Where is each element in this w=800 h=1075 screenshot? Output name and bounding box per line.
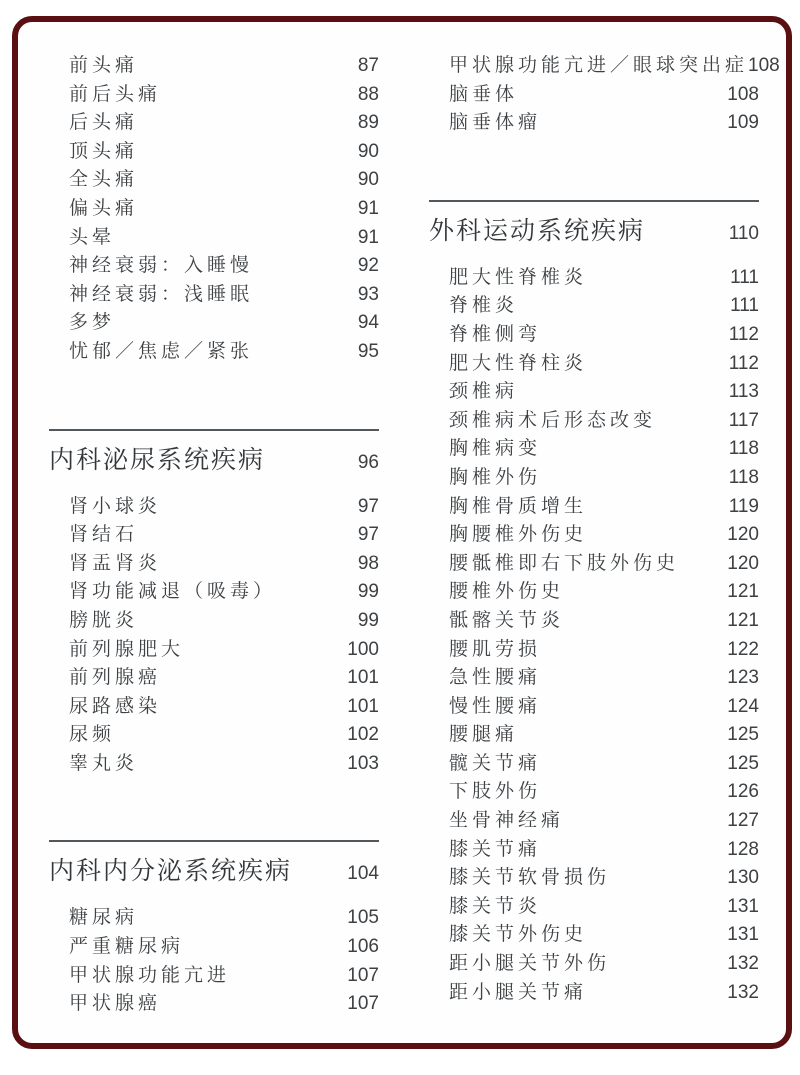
toc-entry: 严重糖尿病106 xyxy=(49,933,379,962)
toc-entry-page: 107 xyxy=(347,990,379,1019)
toc-entry-page: 111 xyxy=(730,292,759,321)
toc-entry: 颈椎病术后形态改变117 xyxy=(429,407,759,436)
toc-entry-page: 117 xyxy=(729,407,759,436)
toc-entry-page: 105 xyxy=(347,904,379,933)
left-column: 前头痛87前后头痛88后头痛89顶头痛90全头痛90偏头痛91头晕91神经衰弱：… xyxy=(49,52,379,1019)
toc-entry-title: 膝关节软骨损伤 xyxy=(449,864,610,893)
toc-section: 甲状腺功能亢进／眼球突出症108脑垂体108脑垂体瘤109 xyxy=(429,52,759,138)
toc-entry: 慢性腰痛124 xyxy=(429,693,759,722)
toc-entry: 腰椎外伤史121 xyxy=(429,578,759,607)
toc-content: 前头痛87前后头痛88后头痛89顶头痛90全头痛90偏头痛91头晕91神经衰弱：… xyxy=(18,22,786,1019)
toc-entry-title: 膝关节外伤史 xyxy=(449,921,587,950)
toc-entry-page: 124 xyxy=(727,693,759,722)
toc-entry-page: 112 xyxy=(729,321,759,350)
toc-entry: 甲状腺癌107 xyxy=(49,990,379,1019)
toc-entry-title: 距小腿关节外伤 xyxy=(449,950,610,979)
toc-entry-page: 108 xyxy=(727,81,759,110)
toc-entry-title: 头晕 xyxy=(69,224,115,253)
toc-entry-page: 90 xyxy=(358,166,379,195)
toc-entry: 膝关节软骨损伤130 xyxy=(429,864,759,893)
toc-entry-title: 偏头痛 xyxy=(69,195,138,224)
section-title: 外科运动系统疾病 xyxy=(429,214,645,248)
toc-entry-page: 112 xyxy=(729,350,759,379)
toc-item-list: 甲状腺功能亢进／眼球突出症108脑垂体108脑垂体瘤109 xyxy=(429,52,759,138)
toc-entry-title: 胸椎病变 xyxy=(449,435,541,464)
toc-entry-title: 严重糖尿病 xyxy=(69,933,184,962)
section-header: 外科运动系统疾病110 xyxy=(429,214,759,248)
toc-entry: 腰骶椎即右下肢外伤史120 xyxy=(429,550,759,579)
toc-entry-page: 122 xyxy=(727,636,759,665)
toc-entry-title: 肾功能减退（吸毒） xyxy=(69,578,276,607)
toc-entry: 神经衰弱：入睡慢92 xyxy=(49,252,379,281)
toc-entry-title: 脊椎侧弯 xyxy=(449,321,541,350)
toc-entry: 距小腿关节痛132 xyxy=(429,979,759,1008)
toc-entry: 腰腿痛125 xyxy=(429,721,759,750)
toc-entry-title: 胸腰椎外伤史 xyxy=(449,521,587,550)
toc-entry-title: 胸椎外伤 xyxy=(449,464,541,493)
toc-entry: 脊椎炎111 xyxy=(429,292,759,321)
toc-entry-title: 慢性腰痛 xyxy=(449,693,541,722)
toc-entry-page: 103 xyxy=(347,750,379,779)
toc-entry-title: 全头痛 xyxy=(69,166,138,195)
toc-section: 前头痛87前后头痛88后头痛89顶头痛90全头痛90偏头痛91头晕91神经衰弱：… xyxy=(49,52,379,367)
section-divider xyxy=(49,840,379,842)
toc-entry: 前列腺肥大100 xyxy=(49,636,379,665)
toc-entry: 膝关节炎131 xyxy=(429,893,759,922)
toc-entry: 腰肌劳损122 xyxy=(429,636,759,665)
toc-entry-title: 膝关节炎 xyxy=(449,893,541,922)
toc-entry-page: 94 xyxy=(358,309,379,338)
toc-entry: 神经衰弱：浅睡眠93 xyxy=(49,281,379,310)
toc-entry-page: 90 xyxy=(358,138,379,167)
toc-entry: 颈椎病113 xyxy=(429,378,759,407)
toc-entry-page: 91 xyxy=(358,195,379,224)
toc-entry-page: 91 xyxy=(358,224,379,253)
toc-entry-page: 130 xyxy=(727,864,759,893)
toc-entry-page: 120 xyxy=(727,550,759,579)
toc-entry-title: 胸椎骨质增生 xyxy=(449,493,587,522)
section-title: 内科泌尿系统疾病 xyxy=(49,443,265,477)
toc-entry-title: 颈椎病 xyxy=(449,378,518,407)
toc-entry: 前列腺癌101 xyxy=(49,664,379,693)
toc-entry-page: 127 xyxy=(727,807,759,836)
toc-entry-title: 前头痛 xyxy=(69,52,138,81)
toc-entry-title: 脑垂体瘤 xyxy=(449,109,541,138)
toc-entry-page: 95 xyxy=(358,338,379,367)
section-divider xyxy=(429,200,759,202)
toc-entry-title: 急性腰痛 xyxy=(449,664,541,693)
toc-entry-page: 111 xyxy=(730,264,759,293)
toc-entry-title: 忧郁／焦虑／紧张 xyxy=(69,338,253,367)
toc-entry-title: 甲状腺功能亢进／眼球突出症 xyxy=(449,52,748,81)
toc-entry: 甲状腺功能亢进／眼球突出症108 xyxy=(429,52,759,81)
toc-entry-page: 123 xyxy=(727,664,759,693)
toc-entry-title: 后头痛 xyxy=(69,109,138,138)
toc-entry-page: 132 xyxy=(727,950,759,979)
toc-entry: 脊椎侧弯112 xyxy=(429,321,759,350)
toc-entry: 急性腰痛123 xyxy=(429,664,759,693)
toc-entry-page: 106 xyxy=(347,933,379,962)
section-page-number: 110 xyxy=(729,217,759,251)
toc-entry-title: 髋关节痛 xyxy=(449,750,541,779)
toc-entry-title: 腰腿痛 xyxy=(449,721,518,750)
toc-entry-page: 98 xyxy=(358,550,379,579)
toc-entry-title: 腰椎外伤史 xyxy=(449,578,564,607)
section-header: 内科泌尿系统疾病96 xyxy=(49,443,379,477)
toc-entry-title: 肾盂肾炎 xyxy=(69,550,161,579)
toc-entry-title: 腰骶椎即右下肢外伤史 xyxy=(449,550,679,579)
toc-entry-title: 下肢外伤 xyxy=(449,778,541,807)
toc-entry-title: 腰肌劳损 xyxy=(449,636,541,665)
right-column: 甲状腺功能亢进／眼球突出症108脑垂体108脑垂体瘤109外科运动系统疾病110… xyxy=(429,52,759,1019)
toc-entry: 胸椎骨质增生119 xyxy=(429,493,759,522)
toc-entry-page: 118 xyxy=(729,464,759,493)
section-title: 内科内分泌系统疾病 xyxy=(49,854,292,888)
toc-entry-page: 125 xyxy=(727,750,759,779)
toc-section: 内科泌尿系统疾病96肾小球炎97肾结石97肾盂肾炎98肾功能减退（吸毒）99膀胱… xyxy=(49,429,379,779)
toc-entry-title: 脊椎炎 xyxy=(449,292,518,321)
toc-entry: 髋关节痛125 xyxy=(429,750,759,779)
toc-entry: 尿频102 xyxy=(49,721,379,750)
toc-entry-page: 97 xyxy=(358,521,379,550)
toc-entry-title: 肾结石 xyxy=(69,521,138,550)
toc-entry: 糖尿病105 xyxy=(49,904,379,933)
toc-entry: 肥大性脊椎炎111 xyxy=(429,264,759,293)
toc-entry-page: 131 xyxy=(727,921,759,950)
book-page-frame: 前头痛87前后头痛88后头痛89顶头痛90全头痛90偏头痛91头晕91神经衰弱：… xyxy=(12,16,792,1049)
toc-entry: 下肢外伤126 xyxy=(429,778,759,807)
toc-entry-title: 尿路感染 xyxy=(69,693,161,722)
toc-entry: 偏头痛91 xyxy=(49,195,379,224)
toc-entry: 多梦94 xyxy=(49,309,379,338)
toc-entry-title: 膝关节痛 xyxy=(449,836,541,865)
toc-entry-title: 神经衰弱：浅睡眠 xyxy=(69,281,253,310)
toc-entry-page: 121 xyxy=(727,578,759,607)
toc-entry-page: 101 xyxy=(347,664,379,693)
toc-entry: 胸腰椎外伤史120 xyxy=(429,521,759,550)
section-divider xyxy=(49,429,379,431)
toc-entry-page: 93 xyxy=(358,281,379,310)
toc-entry-title: 肾小球炎 xyxy=(69,493,161,522)
toc-entry-title: 睾丸炎 xyxy=(69,750,138,779)
toc-entry: 膀胱炎99 xyxy=(49,607,379,636)
toc-entry-title: 前列腺肥大 xyxy=(69,636,184,665)
toc-entry-title: 甲状腺功能亢进 xyxy=(69,962,230,991)
toc-entry-page: 99 xyxy=(358,607,379,636)
toc-entry: 脑垂体108 xyxy=(429,81,759,110)
toc-item-list: 肥大性脊椎炎111脊椎炎111脊椎侧弯112肥大性脊柱炎112颈椎病113颈椎病… xyxy=(429,264,759,1007)
toc-entry: 甲状腺功能亢进107 xyxy=(49,962,379,991)
toc-item-list: 肾小球炎97肾结石97肾盂肾炎98肾功能减退（吸毒）99膀胱炎99前列腺肥大10… xyxy=(49,493,379,779)
toc-entry-page: 125 xyxy=(727,721,759,750)
toc-entry: 全头痛90 xyxy=(49,166,379,195)
toc-entry-page: 87 xyxy=(358,52,379,81)
toc-entry-title: 前列腺癌 xyxy=(69,664,161,693)
toc-entry-page: 108 xyxy=(748,52,780,81)
toc-entry: 前头痛87 xyxy=(49,52,379,81)
toc-entry-page: 99 xyxy=(358,578,379,607)
toc-entry: 膝关节外伤史131 xyxy=(429,921,759,950)
toc-entry: 肾结石97 xyxy=(49,521,379,550)
toc-entry-title: 甲状腺癌 xyxy=(69,990,161,1019)
toc-entry-title: 前后头痛 xyxy=(69,81,161,110)
toc-section: 内科内分泌系统疾病104糖尿病105严重糖尿病106甲状腺功能亢进107甲状腺癌… xyxy=(49,840,379,1018)
toc-entry-page: 109 xyxy=(727,109,759,138)
toc-entry: 膝关节痛128 xyxy=(429,836,759,865)
toc-entry: 脑垂体瘤109 xyxy=(429,109,759,138)
toc-entry-page: 132 xyxy=(727,979,759,1008)
toc-entry-title: 骶髂关节炎 xyxy=(449,607,564,636)
toc-entry-page: 92 xyxy=(358,252,379,281)
toc-entry-page: 128 xyxy=(727,836,759,865)
toc-entry: 肾小球炎97 xyxy=(49,493,379,522)
toc-entry-title: 肥大性脊椎炎 xyxy=(449,264,587,293)
toc-entry-title: 多梦 xyxy=(69,309,115,338)
toc-entry: 睾丸炎103 xyxy=(49,750,379,779)
toc-entry-title: 膀胱炎 xyxy=(69,607,138,636)
toc-entry: 后头痛89 xyxy=(49,109,379,138)
toc-entry-title: 肥大性脊柱炎 xyxy=(449,350,587,379)
toc-item-list: 糖尿病105严重糖尿病106甲状腺功能亢进107甲状腺癌107 xyxy=(49,904,379,1018)
toc-entry: 忧郁／焦虑／紧张95 xyxy=(49,338,379,367)
toc-entry-page: 100 xyxy=(347,636,379,665)
toc-entry-title: 糖尿病 xyxy=(69,904,138,933)
toc-entry-page: 102 xyxy=(347,721,379,750)
toc-entry: 尿路感染101 xyxy=(49,693,379,722)
section-page-number: 96 xyxy=(358,446,379,480)
toc-entry-title: 尿频 xyxy=(69,721,115,750)
toc-entry-page: 126 xyxy=(727,778,759,807)
toc-entry-title: 坐骨神经痛 xyxy=(449,807,564,836)
toc-entry-title: 神经衰弱：入睡慢 xyxy=(69,252,253,281)
toc-entry-page: 97 xyxy=(358,493,379,522)
toc-entry-page: 101 xyxy=(347,693,379,722)
toc-entry: 胸椎病变118 xyxy=(429,435,759,464)
section-header: 内科内分泌系统疾病104 xyxy=(49,854,379,888)
toc-entry-page: 88 xyxy=(358,81,379,110)
section-page-number: 104 xyxy=(347,857,379,891)
toc-entry-page: 118 xyxy=(729,435,759,464)
toc-entry-title: 颈椎病术后形态改变 xyxy=(449,407,656,436)
toc-entry-page: 121 xyxy=(727,607,759,636)
toc-entry-page: 119 xyxy=(729,493,759,522)
toc-entry: 肾盂肾炎98 xyxy=(49,550,379,579)
toc-entry-page: 131 xyxy=(727,893,759,922)
toc-entry: 距小腿关节外伤132 xyxy=(429,950,759,979)
toc-entry: 坐骨神经痛127 xyxy=(429,807,759,836)
toc-entry-title: 脑垂体 xyxy=(449,81,518,110)
toc-entry: 前后头痛88 xyxy=(49,81,379,110)
toc-entry: 顶头痛90 xyxy=(49,138,379,167)
toc-entry-page: 120 xyxy=(727,521,759,550)
toc-entry-page: 89 xyxy=(358,109,379,138)
toc-entry: 胸椎外伤118 xyxy=(429,464,759,493)
toc-entry: 头晕91 xyxy=(49,224,379,253)
toc-item-list: 前头痛87前后头痛88后头痛89顶头痛90全头痛90偏头痛91头晕91神经衰弱：… xyxy=(49,52,379,367)
toc-entry: 肾功能减退（吸毒）99 xyxy=(49,578,379,607)
toc-entry-title: 顶头痛 xyxy=(69,138,138,167)
toc-section: 外科运动系统疾病110肥大性脊椎炎111脊椎炎111脊椎侧弯112肥大性脊柱炎1… xyxy=(429,200,759,1007)
toc-entry: 肥大性脊柱炎112 xyxy=(429,350,759,379)
toc-entry-page: 113 xyxy=(729,378,759,407)
toc-entry-title: 距小腿关节痛 xyxy=(449,979,587,1008)
toc-entry-page: 107 xyxy=(347,962,379,991)
toc-entry: 骶髂关节炎121 xyxy=(429,607,759,636)
